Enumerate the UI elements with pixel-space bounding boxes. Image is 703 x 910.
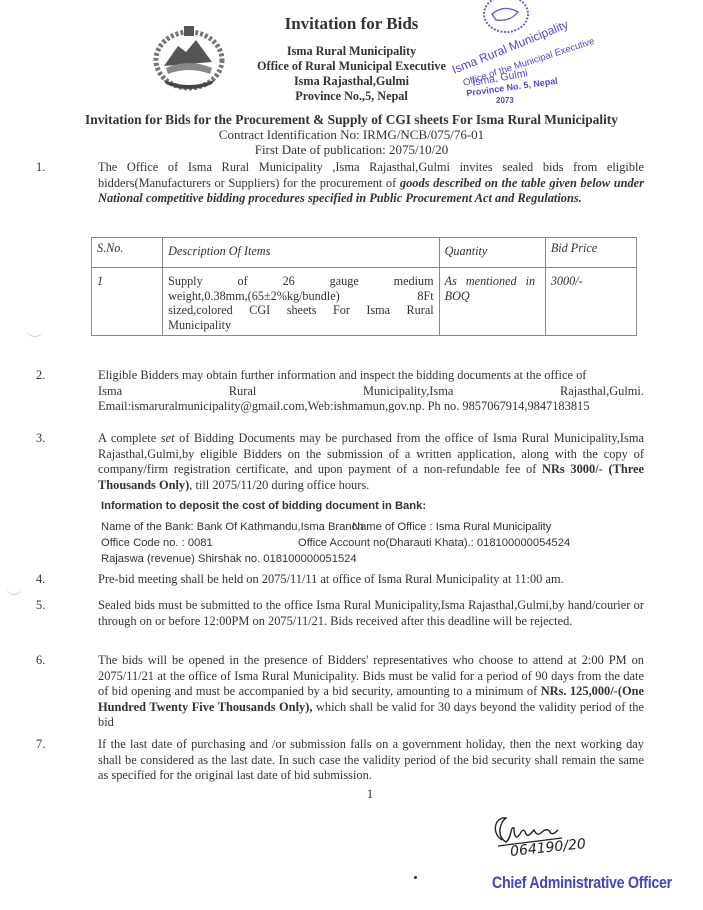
office-name: Name of Office : Isma Rural Municipality xyxy=(352,521,551,533)
item-4-text: Pre-bid meeting shall be held on 2075/11… xyxy=(98,572,644,588)
column-header: Bid Price xyxy=(545,238,636,268)
text-run: , till 2075/11/20 during office hours. xyxy=(189,478,369,492)
bank-name: Name of the Bank: Bank Of Kathmandu,Isma… xyxy=(101,521,363,533)
cell-description: Supplyof26gaugemediumweight,0.38mm,(65±2… xyxy=(163,268,440,336)
publication-date: First Date of publication: 2075/10/20 xyxy=(0,142,703,158)
table-header-row: S.No. Description Of Items Quantity Bid … xyxy=(92,238,637,268)
text-run: set xyxy=(161,431,175,445)
signature: 064190/20 xyxy=(488,812,628,862)
cell-quantity: As mentioned in BOQ xyxy=(439,268,545,336)
page-number: 1 xyxy=(0,786,703,802)
description-line: weight,0.38mm,(65±2%kg/bundle)8Ft xyxy=(168,289,434,304)
description-line: sized,coloredCGIsheetsForIsmaRural xyxy=(168,303,434,318)
column-header: S.No. xyxy=(92,238,163,268)
text-run: If the last date of purchasing and /or s… xyxy=(98,737,644,782)
items-table: S.No. Description Of Items Quantity Bid … xyxy=(91,237,637,336)
item-2-line: Email:ismaruralmunicipality@gmail.com,We… xyxy=(98,399,644,415)
description-line: Supplyof26gaugemedium xyxy=(168,274,434,289)
scan-dot xyxy=(414,876,417,879)
bank-info-heading: Information to deposit the cost of biddi… xyxy=(101,500,426,512)
item-2-line: Eligible Bidders may obtain further info… xyxy=(98,368,644,384)
cell-sno: 1 xyxy=(92,268,163,336)
item-2-text: Eligible Bidders may obtain further info… xyxy=(98,368,644,415)
text-run: Sealed bids must be submitted to the off… xyxy=(98,598,644,628)
column-header: Quantity xyxy=(439,238,545,268)
item-3-text: A complete set of Bidding Documents may … xyxy=(98,431,644,493)
scan-artifact xyxy=(6,578,22,595)
signatory-title: Chief Administrative Officer xyxy=(492,874,672,893)
item-number: 7. xyxy=(36,737,56,752)
item-number: 3. xyxy=(36,431,56,446)
column-header: Description Of Items xyxy=(163,238,440,268)
office-account: Office Account no(Dharauti Khata).: 0181… xyxy=(298,537,570,549)
item-number: 1. xyxy=(36,160,56,175)
item-number: 4. xyxy=(36,572,56,587)
revenue-number: Rajaswa (revenue) Shirshak no. 018100000… xyxy=(101,553,357,565)
text-run: Pre-bid meeting shall be held on 2075/11… xyxy=(98,572,564,586)
item-5-text: Sealed bids must be submitted to the off… xyxy=(98,598,644,629)
table-row: 1 Supplyof26gaugemediumweight,0.38mm,(65… xyxy=(92,268,637,336)
stamp-year: 2073 xyxy=(496,96,514,105)
item-number: 2. xyxy=(36,368,56,383)
item-2-line: IsmaRuralMunicipality,IsmaRajasthal,Gulm… xyxy=(98,384,644,400)
scan-artifact xyxy=(26,318,44,337)
office-code: Office Code no. : 0081 xyxy=(101,537,213,549)
description-line: Municipality xyxy=(168,318,434,333)
cell-bid-price: 3000/- xyxy=(545,268,636,336)
notice-heading: Invitation for Bids for the Procurement … xyxy=(0,112,703,128)
item-number: 6. xyxy=(36,653,56,668)
text-run: A complete xyxy=(98,431,161,445)
item-7-text: If the last date of purchasing and /or s… xyxy=(98,737,644,784)
official-stamp: Isma Rural Municipality Office of the Mu… xyxy=(444,0,604,108)
contract-id: Contract Identification No: IRMG/NCB/075… xyxy=(0,127,703,143)
item-number: 5. xyxy=(36,598,56,613)
item-1-text: The Office of Isma Rural Municipality ,I… xyxy=(98,160,644,207)
item-6-text: The bids will be opened in the presence … xyxy=(98,653,644,731)
